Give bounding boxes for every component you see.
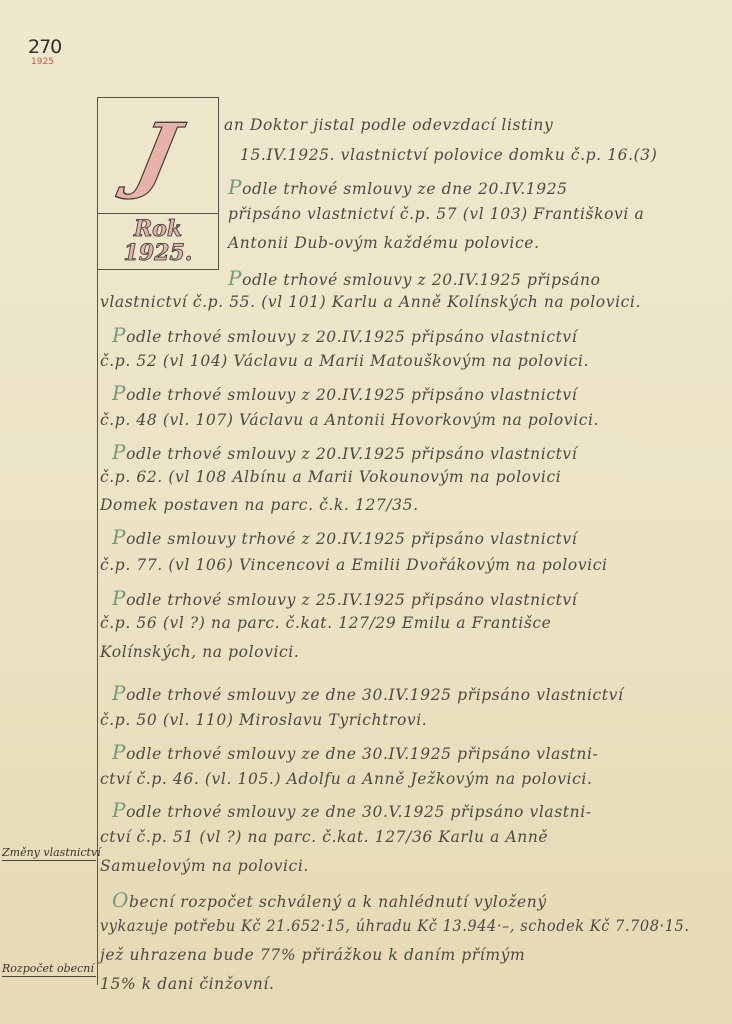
entry-text: ctví č.p. 46. (vl. 105.) Adolfu a Anně J… <box>100 770 592 788</box>
entry-text: odle trhové smlouvy z 20.IV.1925 připsán… <box>126 328 577 346</box>
entry-text: Samuelovým na polovici. <box>100 857 309 875</box>
entry-capital: P <box>112 740 126 764</box>
entry-line: Podle trhové smlouvy ze dne 30.IV.1925 p… <box>112 740 598 764</box>
entry-line: č.p. 50 (vl. 110) Miroslavu Tyrichtrovi. <box>100 711 427 729</box>
entry-line: Podle trhové smlouvy z 20.IV.1925 připsá… <box>112 323 577 347</box>
entry-text: č.p. 77. (vl 106) Vincencovi a Emilii Dv… <box>100 556 608 574</box>
entry-text: odle smlouvy trhové z 20.IV.1925 připsán… <box>126 530 577 548</box>
entry-text: 15.IV.1925. vlastnictví polovice domku č… <box>240 146 657 164</box>
entry-line: an Doktor jistal podle odevzdací listiny <box>224 116 553 134</box>
rok-label: Rok <box>98 218 218 240</box>
entry-text: odle trhové smlouvy ze dne 20.IV.1925 <box>242 180 568 198</box>
entry-text: č.p. 50 (vl. 110) Miroslavu Tyrichtrovi. <box>100 711 427 729</box>
entry-text: vykazuje potřebu Kč 21.652·15, úhradu Kč… <box>100 917 690 935</box>
entry-text: č.p. 48 (vl. 107) Václavu a Antonii Hovo… <box>100 411 599 429</box>
entry-text: odle trhové smlouvy z 20.IV.1925 připsán… <box>126 445 577 463</box>
entry-text: odle trhové smlouvy ze dne 30.V.1925 při… <box>126 803 592 821</box>
entry-text: Antonii Dub-ovým každému polovice. <box>228 234 540 252</box>
entry-line: č.p. 56 (vl ?) na parc. č.kat. 127/29 Em… <box>100 614 551 632</box>
entry-text: Kolínských, na polovici. <box>100 643 299 661</box>
entry-capital: P <box>112 323 126 347</box>
entry-text: odle trhové smlouvy ze dne 30.IV.1925 př… <box>126 686 623 704</box>
page-year-stamp: 1925 <box>31 57 54 67</box>
entry-line: Podle smlouvy trhové z 20.IV.1925 připsá… <box>112 525 577 549</box>
entry-line: 15.IV.1925. vlastnictví polovice domku č… <box>240 146 657 164</box>
entry-capital: P <box>112 586 126 610</box>
entry-line: vykazuje potřebu Kč 21.652·15, úhradu Kč… <box>100 917 690 935</box>
initial-box: J <box>98 97 219 214</box>
entry-capital: P <box>112 440 126 464</box>
entry-line: Podle trhové smlouvy z 20.IV.1925 připsá… <box>112 440 577 464</box>
entry-line: Podle trhové smlouvy ze dne 30.V.1925 př… <box>112 798 592 822</box>
entry-text: 15% k dani činžovní. <box>100 975 274 993</box>
margin-note-municipal-budget: Rozpočet obecní <box>2 962 96 977</box>
entry-line: Podle trhové smlouvy z 20.IV.1925 připsá… <box>228 266 601 290</box>
entry-text: ctví č.p. 51 (vl ?) na parc. č.kat. 127/… <box>100 828 548 846</box>
entry-text: jež uhrazena bude 77% přirážkou k daním … <box>100 946 525 964</box>
entry-line: vlastnictví č.p. 55. (vl 101) Karlu a An… <box>100 293 641 311</box>
entry-text: č.p. 52 (vl 104) Václavu a Marii Matoušk… <box>100 352 589 370</box>
entry-line: Podle trhové smlouvy ze dne 30.IV.1925 p… <box>112 681 624 705</box>
entry-line: Podle trhové smlouvy ze dne 20.IV.1925 <box>228 175 568 199</box>
entry-text: becní rozpočet schválený a k nahlédnutí … <box>129 893 547 911</box>
entry-text: odle trhové smlouvy z 20.IV.1925 připsán… <box>126 386 577 404</box>
entry-text: odle trhové smlouvy z 25.IV.1925 připsán… <box>126 591 577 609</box>
entry-line: jež uhrazena bude 77% přirážkou k daním … <box>100 946 525 964</box>
entry-line: č.p. 52 (vl 104) Václavu a Marii Matoušk… <box>100 352 589 370</box>
entry-line: Antonii Dub-ovým každému polovice. <box>228 234 540 252</box>
margin-note-ownership-changes: Změny vlastnictví <box>2 846 96 861</box>
entry-capital: P <box>112 798 126 822</box>
entry-line: Podle trhové smlouvy z 25.IV.1925 připsá… <box>112 586 577 610</box>
entry-line: Kolínských, na polovici. <box>100 643 299 661</box>
entry-text: odle trhové smlouvy z 20.IV.1925 připsán… <box>242 271 600 289</box>
entry-capital: P <box>228 266 242 290</box>
entry-text: vlastnictví č.p. 55. (vl 101) Karlu a An… <box>100 293 641 311</box>
entry-capital: P <box>228 175 242 199</box>
entry-text: č.p. 56 (vl ?) na parc. č.kat. 127/29 Em… <box>100 614 551 632</box>
entry-line: ctví č.p. 51 (vl ?) na parc. č.kat. 127/… <box>100 828 548 846</box>
page-number: 270 <box>28 36 61 58</box>
entry-line: Samuelovým na polovici. <box>100 857 309 875</box>
year-label: 1925. <box>98 242 218 264</box>
entry-capital: P <box>112 381 126 405</box>
entry-line: 15% k dani činžovní. <box>100 975 274 993</box>
entry-text: Domek postaven na parc. č.k. 127/35. <box>100 496 419 514</box>
entry-line: Podle trhové smlouvy z 20.IV.1925 připsá… <box>112 381 577 405</box>
entry-capital: P <box>112 681 126 705</box>
entry-line: ctví č.p. 46. (vl. 105.) Adolfu a Anně J… <box>100 770 592 788</box>
entry-capital: O <box>112 888 129 912</box>
entry-capital: P <box>112 525 126 549</box>
decorated-initial: J <box>119 106 197 202</box>
entry-line: Domek postaven na parc. č.k. 127/35. <box>100 496 419 514</box>
entry-text: odle trhové smlouvy ze dne 30.IV.1925 př… <box>126 745 598 763</box>
entry-line: č.p. 62. (vl 108 Albínu a Marii Vokounov… <box>100 468 561 486</box>
entry-text: č.p. 62. (vl 108 Albínu a Marii Vokounov… <box>100 468 561 486</box>
entry-line: připsáno vlastnictví č.p. 57 (vl 103) Fr… <box>228 205 644 223</box>
entry-line: č.p. 48 (vl. 107) Václavu a Antonii Hovo… <box>100 411 599 429</box>
entry-text: připsáno vlastnictví č.p. 57 (vl 103) Fr… <box>228 205 644 223</box>
entry-line: č.p. 77. (vl 106) Vincencovi a Emilii Dv… <box>100 556 608 574</box>
year-box: Rok 1925. <box>98 212 219 270</box>
entry-line: Obecní rozpočet schválený a k nahlédnutí… <box>112 888 547 912</box>
entry-text: an Doktor jistal podle odevzdací listiny <box>224 116 553 134</box>
